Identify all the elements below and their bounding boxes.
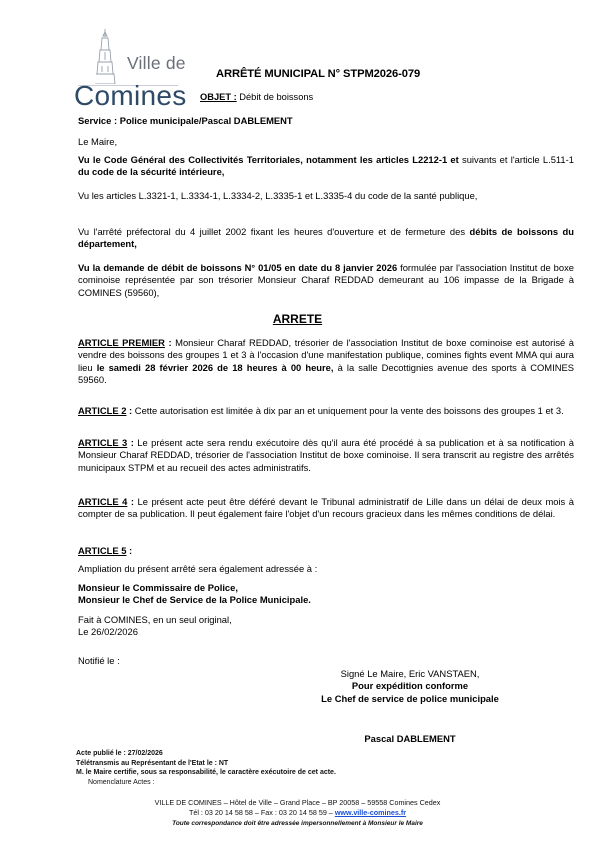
footer-phone-fax: Tél : 03 20 14 58 58 – Fax : 03 20 14 58… [189, 808, 335, 817]
church-spire-icon [88, 28, 122, 84]
article-4-sep: : [127, 496, 137, 507]
article-4: ARTICLE 4 : Le présent acte peut être dé… [78, 496, 574, 521]
article-2-label: ARTICLE 2 [78, 405, 126, 416]
footer-contact: Tél : 03 20 14 58 58 – Fax : 03 20 14 58… [0, 808, 595, 818]
logo-ville-text: Ville de [127, 53, 186, 74]
salutation: Le Maire, [78, 136, 574, 148]
signature-mayor: Signé Le Maire, Eric VANSTAEN, [280, 668, 540, 680]
article-3-text: Le présent acte sera rendu exécutoire dè… [78, 437, 574, 473]
decree-title: ARRÊTÉ MUNICIPAL N° STPM2026-079 [216, 68, 420, 80]
done-at: Fait à COMINES, en un seul original, Le … [78, 614, 574, 639]
article-3-label: ARTICLE 3 [78, 437, 127, 448]
page-footer: VILLE DE COMINES – Hôtel de Ville – Gran… [0, 798, 595, 829]
article-1: ARTICLE PREMIER : Monsieur Charaf REDDAD… [78, 337, 574, 387]
footer-note: Toute correspondance doit être adressée … [0, 819, 595, 829]
article-3-sep: : [127, 437, 137, 448]
certification: M. le Maire certifie, sous sa responsabi… [76, 768, 336, 778]
article-5-label: ARTICLE 5 [78, 545, 126, 556]
website-link[interactable]: www.ville-comines.fr [335, 808, 406, 817]
signatory-name: Pascal DABLEMENT [280, 733, 540, 745]
visa-4-bold: Vu la demande de débit de boissons N° 01… [78, 262, 397, 273]
recipients: Monsieur le Commissaire de Police, Monsi… [78, 582, 574, 607]
article-5-sep: : [126, 545, 132, 556]
recipient-2: Monsieur le Chef de Service de la Police… [78, 594, 574, 606]
nomenclature: Nomenclature Actes : [76, 778, 336, 788]
logo-comines-text: Comines [74, 80, 187, 112]
teletransmitted: Télétransmis au Représentant de l'Etat l… [76, 759, 336, 769]
arrete-heading: ARRETE [0, 312, 595, 326]
article-4-text: Le présent acte peut être déféré devant … [78, 496, 574, 519]
signature-role: Le Chef de service de police municipale [280, 693, 540, 705]
decree-object: OBJET : Débit de boissons [200, 92, 313, 102]
publication-meta: Acte publié le : 27/02/2026 Télétransmis… [76, 749, 336, 787]
object-value: Débit de boissons [239, 92, 313, 102]
visa-1-normal: suivants et l'article L.511-1 [459, 154, 574, 165]
document-page: Ville de Comines ARRÊTÉ MUNICIPAL N° STP… [0, 0, 595, 842]
article-5: ARTICLE 5 : [78, 545, 574, 557]
visa-1-bold2: du code de la sécurité intérieure, [78, 166, 224, 177]
signature-conforme: Pour expédition conforme [280, 680, 540, 692]
visa-2-text: Vu les articles L.3321-1, L.3334-1, L.33… [78, 190, 574, 202]
done-at-place: Fait à COMINES, en un seul original, [78, 614, 574, 626]
ampliation: Ampliation du présent arrêté sera égalem… [78, 563, 574, 575]
footer-address: VILLE DE COMINES – Hôtel de Ville – Gran… [0, 798, 595, 808]
signature-block: Signé Le Maire, Eric VANSTAEN, Pour expé… [280, 668, 540, 705]
visa-3-normal: Vu l'arrêté préfectoral du 4 juillet 200… [78, 226, 470, 237]
article-2-sep: : [126, 405, 134, 416]
article-1-label: ARTICLE PREMIER [78, 337, 165, 348]
article-1-date: le samedi 28 février 2026 de 18 heures à… [97, 362, 334, 373]
article-3: ARTICLE 3 : Le présent acte sera rendu e… [78, 437, 574, 474]
visa-1-bold: Vu le Code Général des Collectivités Ter… [78, 154, 459, 165]
visa-4: Vu la demande de débit de boissons N° 01… [78, 262, 574, 299]
notified-on: Notifié le : [78, 655, 574, 667]
city-logo: Ville de Comines [72, 28, 194, 108]
visa-3: Vu l'arrêté préfectoral du 4 juillet 200… [78, 226, 574, 251]
visa-1: Vu le Code Général des Collectivités Ter… [78, 154, 574, 179]
article-4-label: ARTICLE 4 [78, 496, 127, 507]
done-at-date: Le 26/02/2026 [78, 626, 574, 638]
article-2-text: Cette autorisation est limitée à dix par… [135, 405, 564, 416]
recipient-1: Monsieur le Commissaire de Police, [78, 582, 574, 594]
published-date: Acte publié le : 27/02/2026 [76, 749, 336, 759]
visa-2: Vu les articles L.3321-1, L.3334-1, L.33… [78, 190, 574, 202]
article-1-sep: : [165, 337, 175, 348]
service-line: Service : Police municipale/Pascal DABLE… [78, 115, 574, 127]
object-label: OBJET : [200, 92, 237, 102]
article-2: ARTICLE 2 : Cette autorisation est limit… [78, 405, 574, 417]
